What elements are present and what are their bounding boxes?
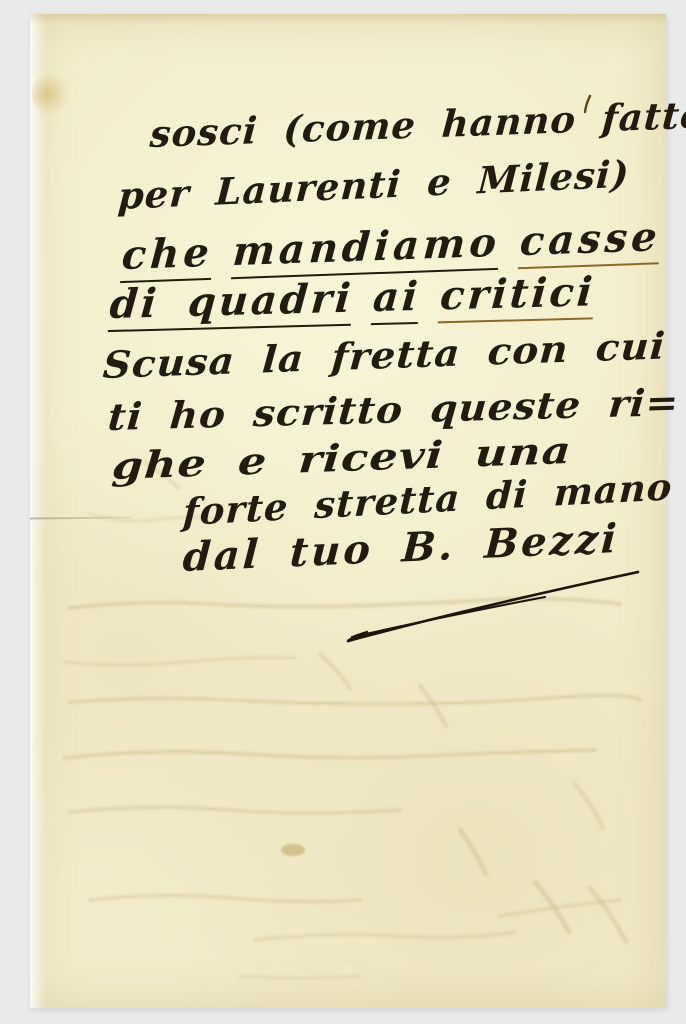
signature-flourish [0, 0, 686, 1024]
scanned-letter: sosci (come hanno fatto per Laurenti e M… [0, 0, 686, 1024]
ink-tick [585, 96, 590, 112]
